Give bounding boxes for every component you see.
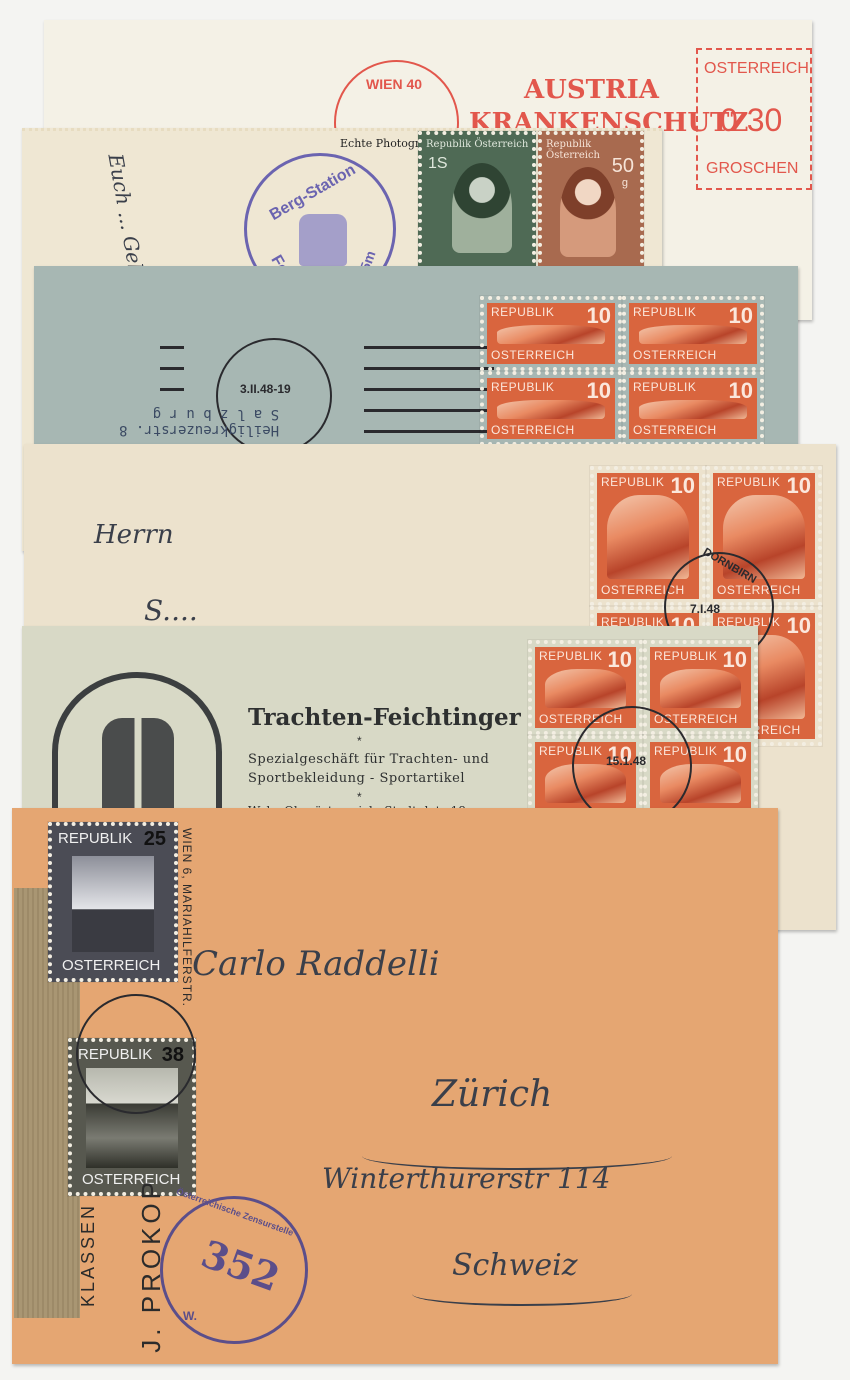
woman-hat-portrait xyxy=(452,163,512,253)
stamp-10g-red: REPUBLIK10OSTERREICH xyxy=(480,296,622,371)
recipient-city: Zürich xyxy=(432,1074,552,1115)
church-picture xyxy=(72,856,154,952)
meter-frame: OSTERREICH 0 30 GROSCHEN xyxy=(696,48,812,190)
stamp-10g-red: REPUBLIK10OSTERREICH xyxy=(622,296,764,371)
stamp-block-10g-grey: REPUBLIK10OSTERREICHREPUBLIK10OSTERREICH… xyxy=(480,296,764,446)
address-herrn: Herrn xyxy=(94,520,174,550)
stamp-50g-brown: Republik Österreich 50 g xyxy=(538,131,644,271)
wien-7-postmark xyxy=(76,994,196,1114)
recipient-country: Schweiz xyxy=(452,1248,578,1283)
company-name: Trachten-Feichtinger xyxy=(248,704,521,731)
slogan-line-1: AUSTRIA xyxy=(524,75,659,105)
stamp-25g-church: REPUBLIK 25 OSTERREICH xyxy=(48,822,178,982)
censored-cover: REPUBLIK 25 OSTERREICH WIEN 6, MARIAHILF… xyxy=(12,808,778,1364)
cable-car-icon xyxy=(299,214,347,266)
censor-handstamp: 352 Österreichische Zensurstelle W. xyxy=(160,1196,308,1344)
grey-cover: 3.II.48-19 Heiligkreuzerstr. 8 S a l z b… xyxy=(34,266,798,446)
sender-upside-down: Heiligkreuzerstr. 8 S a l z b u r g xyxy=(119,406,279,438)
woman-cap-portrait xyxy=(560,167,616,257)
stamp-10g-red: REPUBLIK10OSTERREICH xyxy=(480,371,622,446)
stamp-10g-red: REPUBLIK10OSTERREICH xyxy=(622,371,764,446)
photo-stacked-postal-covers: { "scene": { "description": "Six stacked… xyxy=(0,0,850,1380)
recipient-name: Carlo Raddelli xyxy=(192,944,440,984)
stamp-1s-green: Republik Österreich 1S xyxy=(418,131,536,271)
recipient-street: Winterthurerstr 114 xyxy=(322,1162,611,1195)
